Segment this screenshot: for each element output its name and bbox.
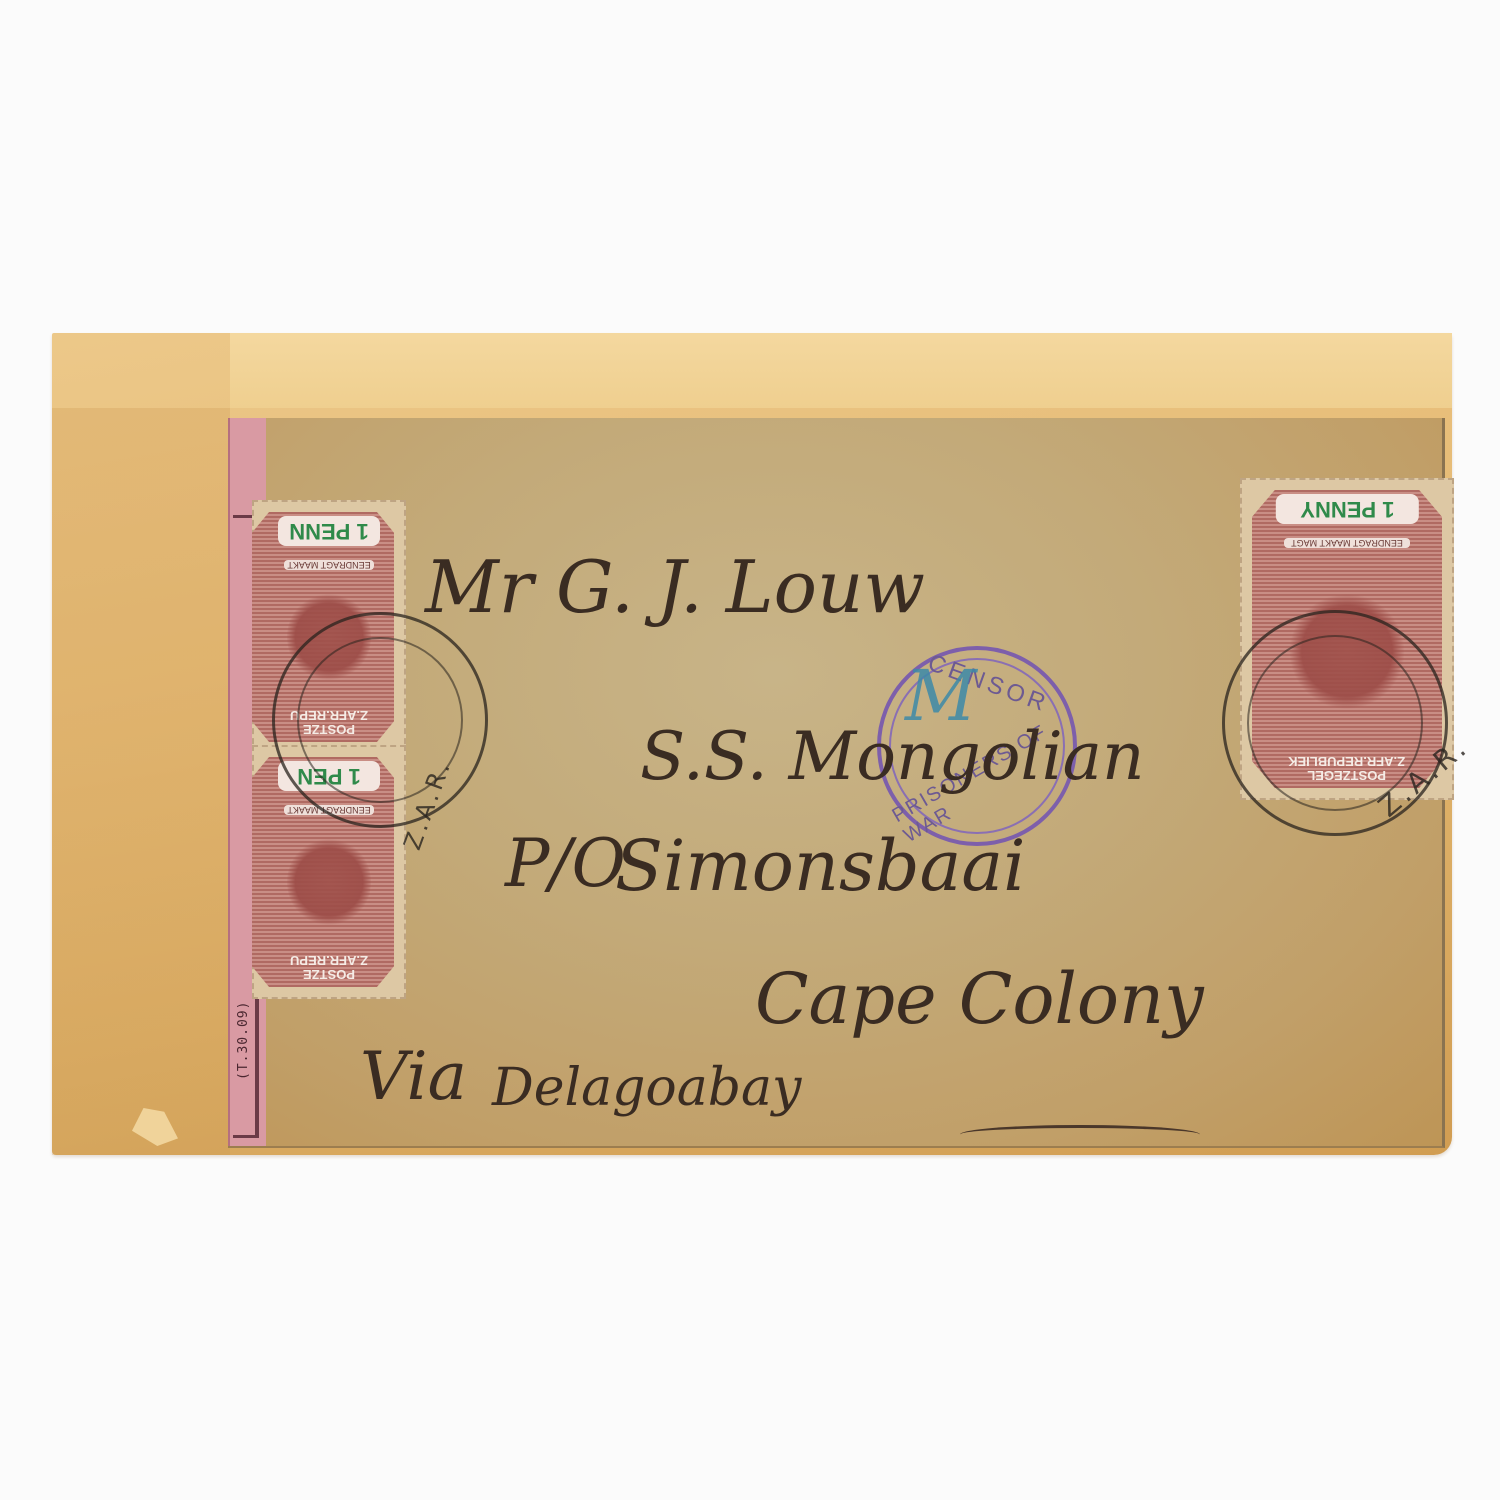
registration-label-text: (T.30.09) xyxy=(236,1000,256,1080)
address-line-3-prefix: P/O xyxy=(505,825,626,902)
stamp-value: 1 PENNY xyxy=(1276,494,1419,524)
flourish-underline xyxy=(960,1125,1200,1144)
stamp-motto: EENDRAGT MAAKT xyxy=(284,560,374,570)
stamp-motto: EENDRAGT MAAKT MAGT xyxy=(1284,538,1410,548)
stamp-country: POSTZE Z.AFR.REPU xyxy=(275,953,383,981)
coat-of-arms-icon xyxy=(287,837,371,927)
address-line-1: Mr G. J. Louw xyxy=(425,545,925,629)
stamp-value: 1 PENN xyxy=(278,516,380,546)
wrapper-top-fold xyxy=(230,333,1452,408)
routing-via: Via xyxy=(360,1038,467,1115)
address-line-3: Simonsbaai xyxy=(615,825,1026,907)
routing-destination: Delagoabay xyxy=(492,1058,801,1118)
wrapper-left-fold xyxy=(52,408,230,1155)
address-line-4: Cape Colony xyxy=(755,958,1204,1040)
postmark-left xyxy=(272,612,488,828)
address-line-2: S.S. Mongolian xyxy=(640,718,1145,795)
